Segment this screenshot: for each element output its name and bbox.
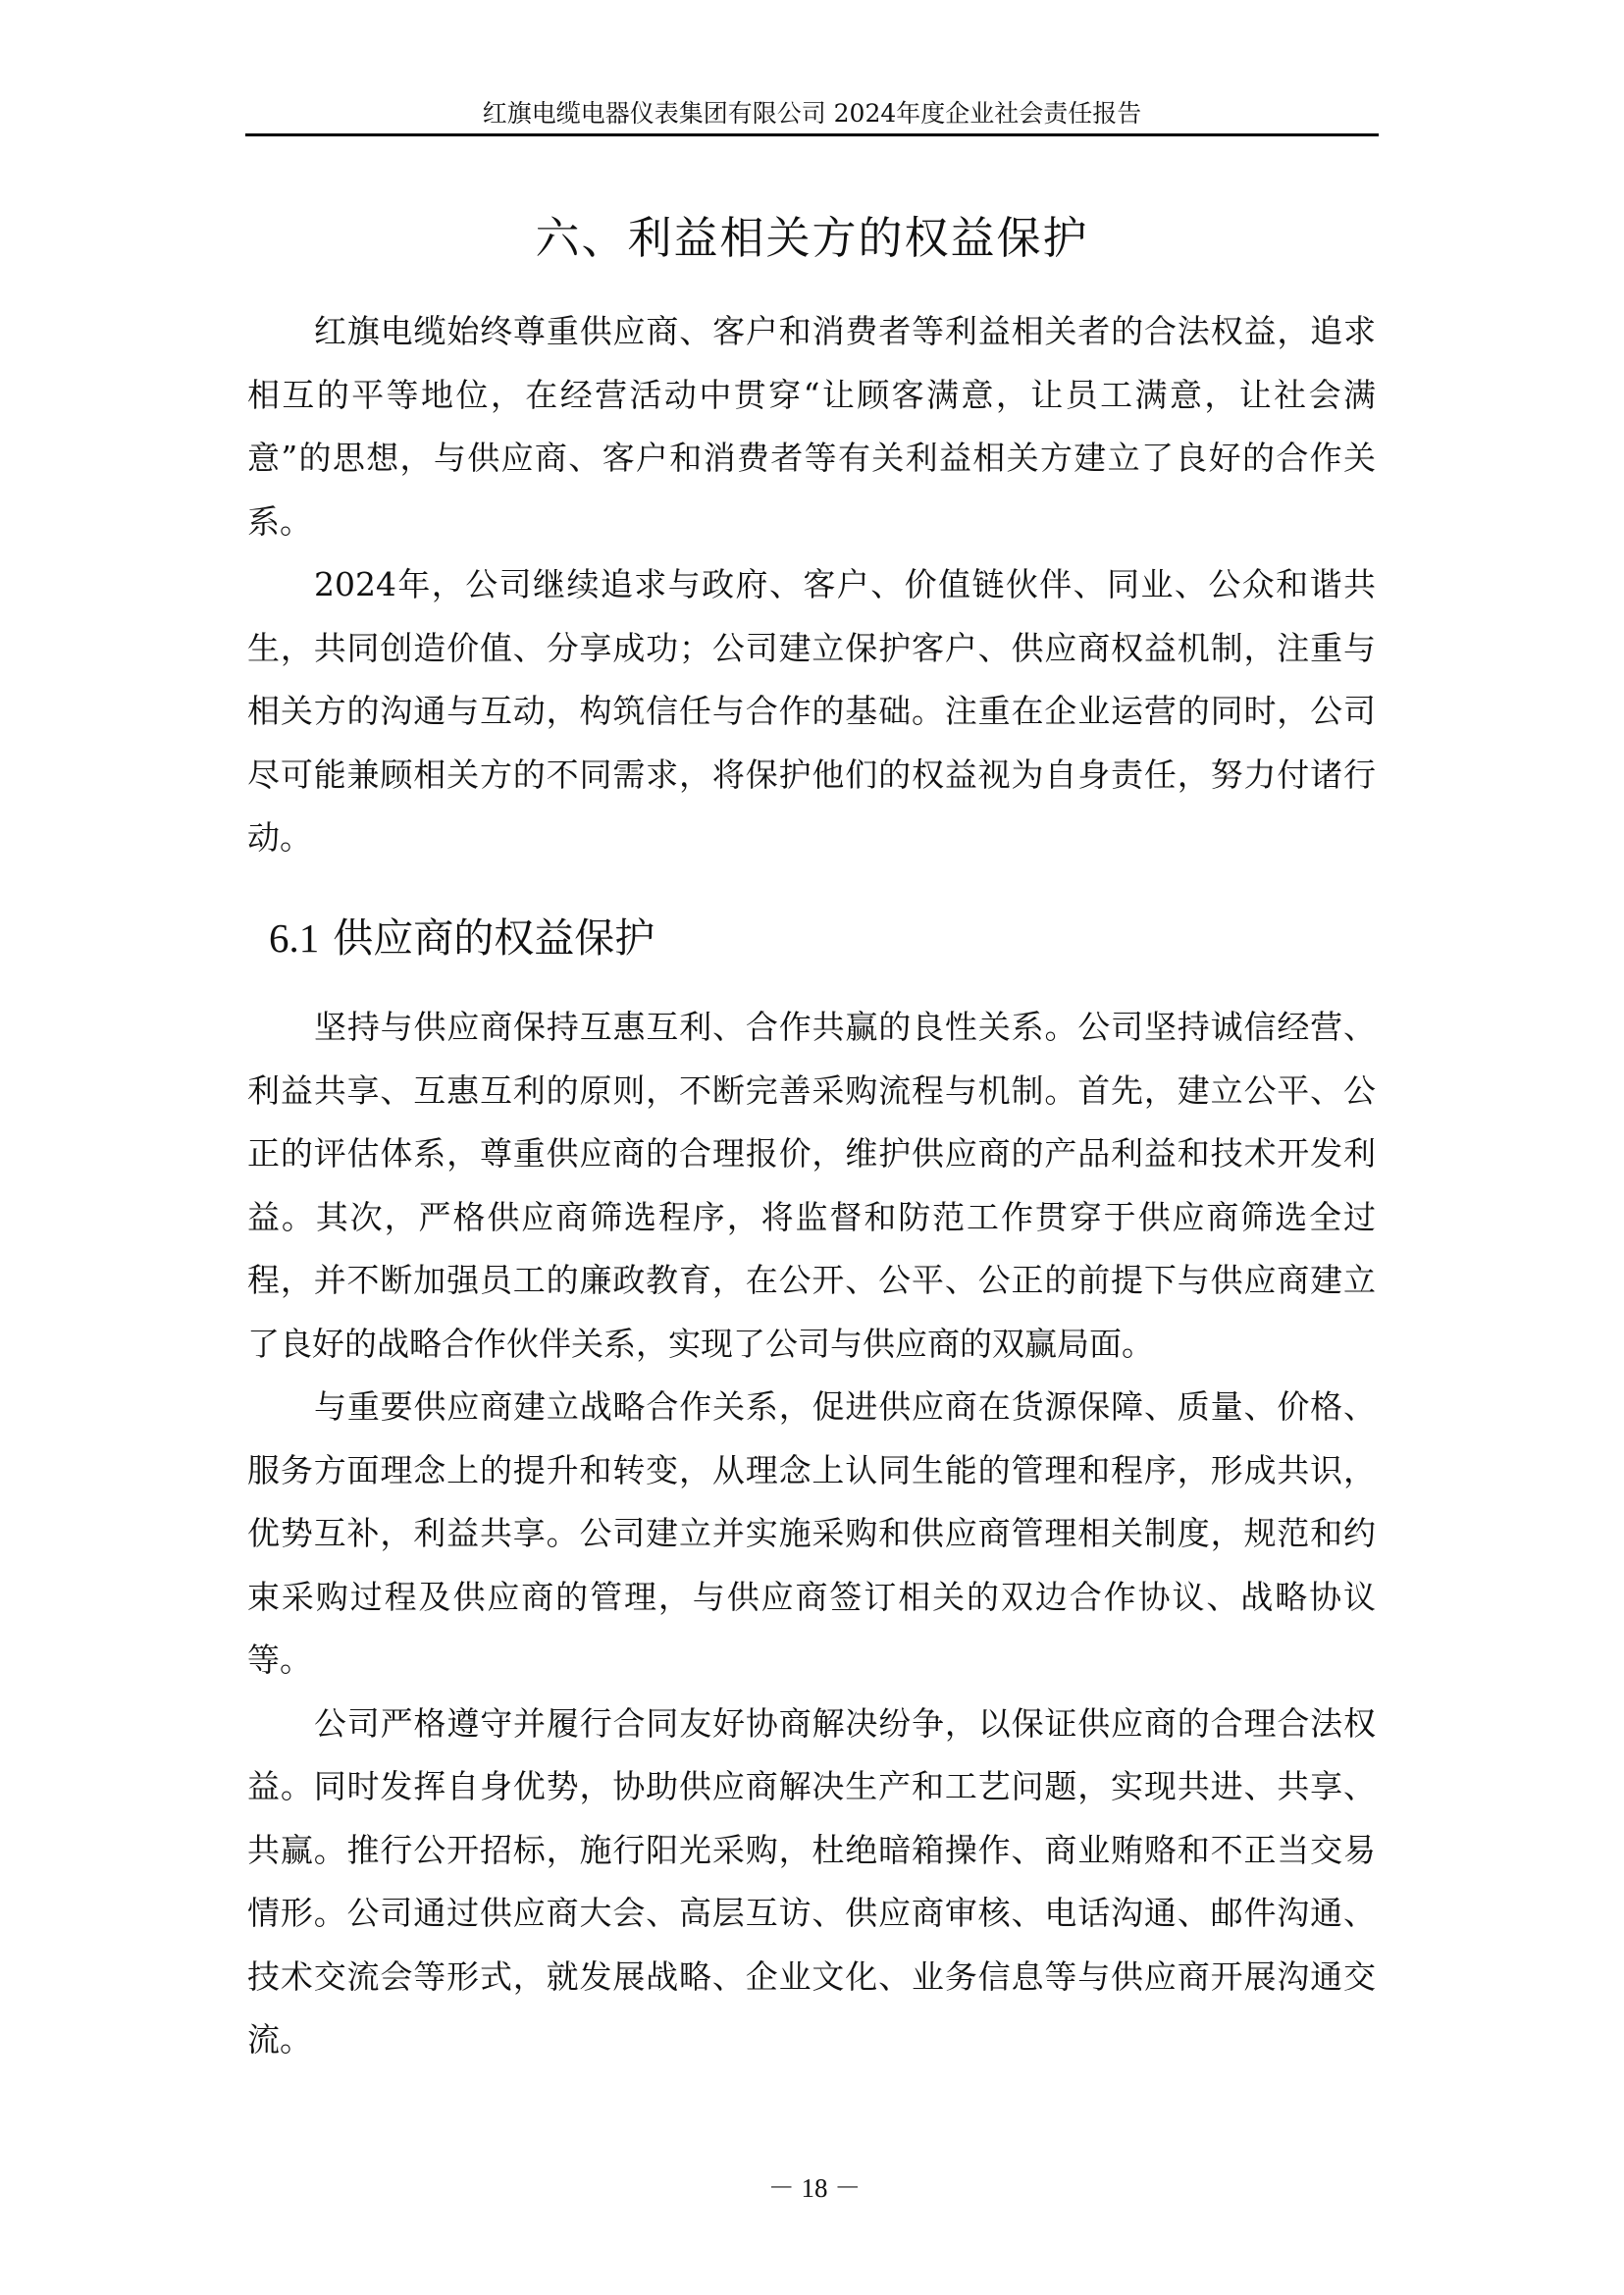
section-paragraph-3: 公司严格遵守并履行合同友好协商解决纷争，以保证供应商的合理合法权益。同时发挥自身…	[247, 1693, 1376, 2072]
section-paragraph-1: 坚持与供应商保持互惠互利、合作共赢的良性关系。公司坚持诚信经营、利益共享、互惠互…	[247, 996, 1376, 1376]
header-rule	[245, 133, 1379, 136]
section-number: 6.1	[269, 915, 319, 961]
page-number: － 18 －	[687, 2166, 942, 2205]
chapter-title: 六、利益相关方的权益保护	[245, 211, 1379, 266]
section-heading: 6.1供应商的权益保护	[269, 913, 655, 964]
intro-paragraph-2: 2024年，公司继续追求与政府、客户、价值链伙伴、同业、公众和谐共生，共同创造价…	[247, 553, 1376, 870]
intro-paragraph-1: 红旗电缆始终尊重供应商、客户和消费者等利益相关者的合法权益，追求相互的平等地位，…	[247, 300, 1376, 553]
section-paragraph-2: 与重要供应商建立战略合作关系，促进供应商在货源保障、质量、价格、服务方面理念上的…	[247, 1376, 1376, 1693]
running-header: 红旗电缆电器仪表集团有限公司 2024年度企业社会责任报告	[245, 98, 1379, 130]
section-text: 坚持与供应商保持互惠互利、合作共赢的良性关系。公司坚持诚信经营、利益共享、互惠互…	[247, 996, 1376, 2072]
intro-text: 红旗电缆始终尊重供应商、客户和消费者等利益相关者的合法权益，追求相互的平等地位，…	[247, 300, 1376, 870]
section-title: 供应商的权益保护	[333, 914, 655, 962]
